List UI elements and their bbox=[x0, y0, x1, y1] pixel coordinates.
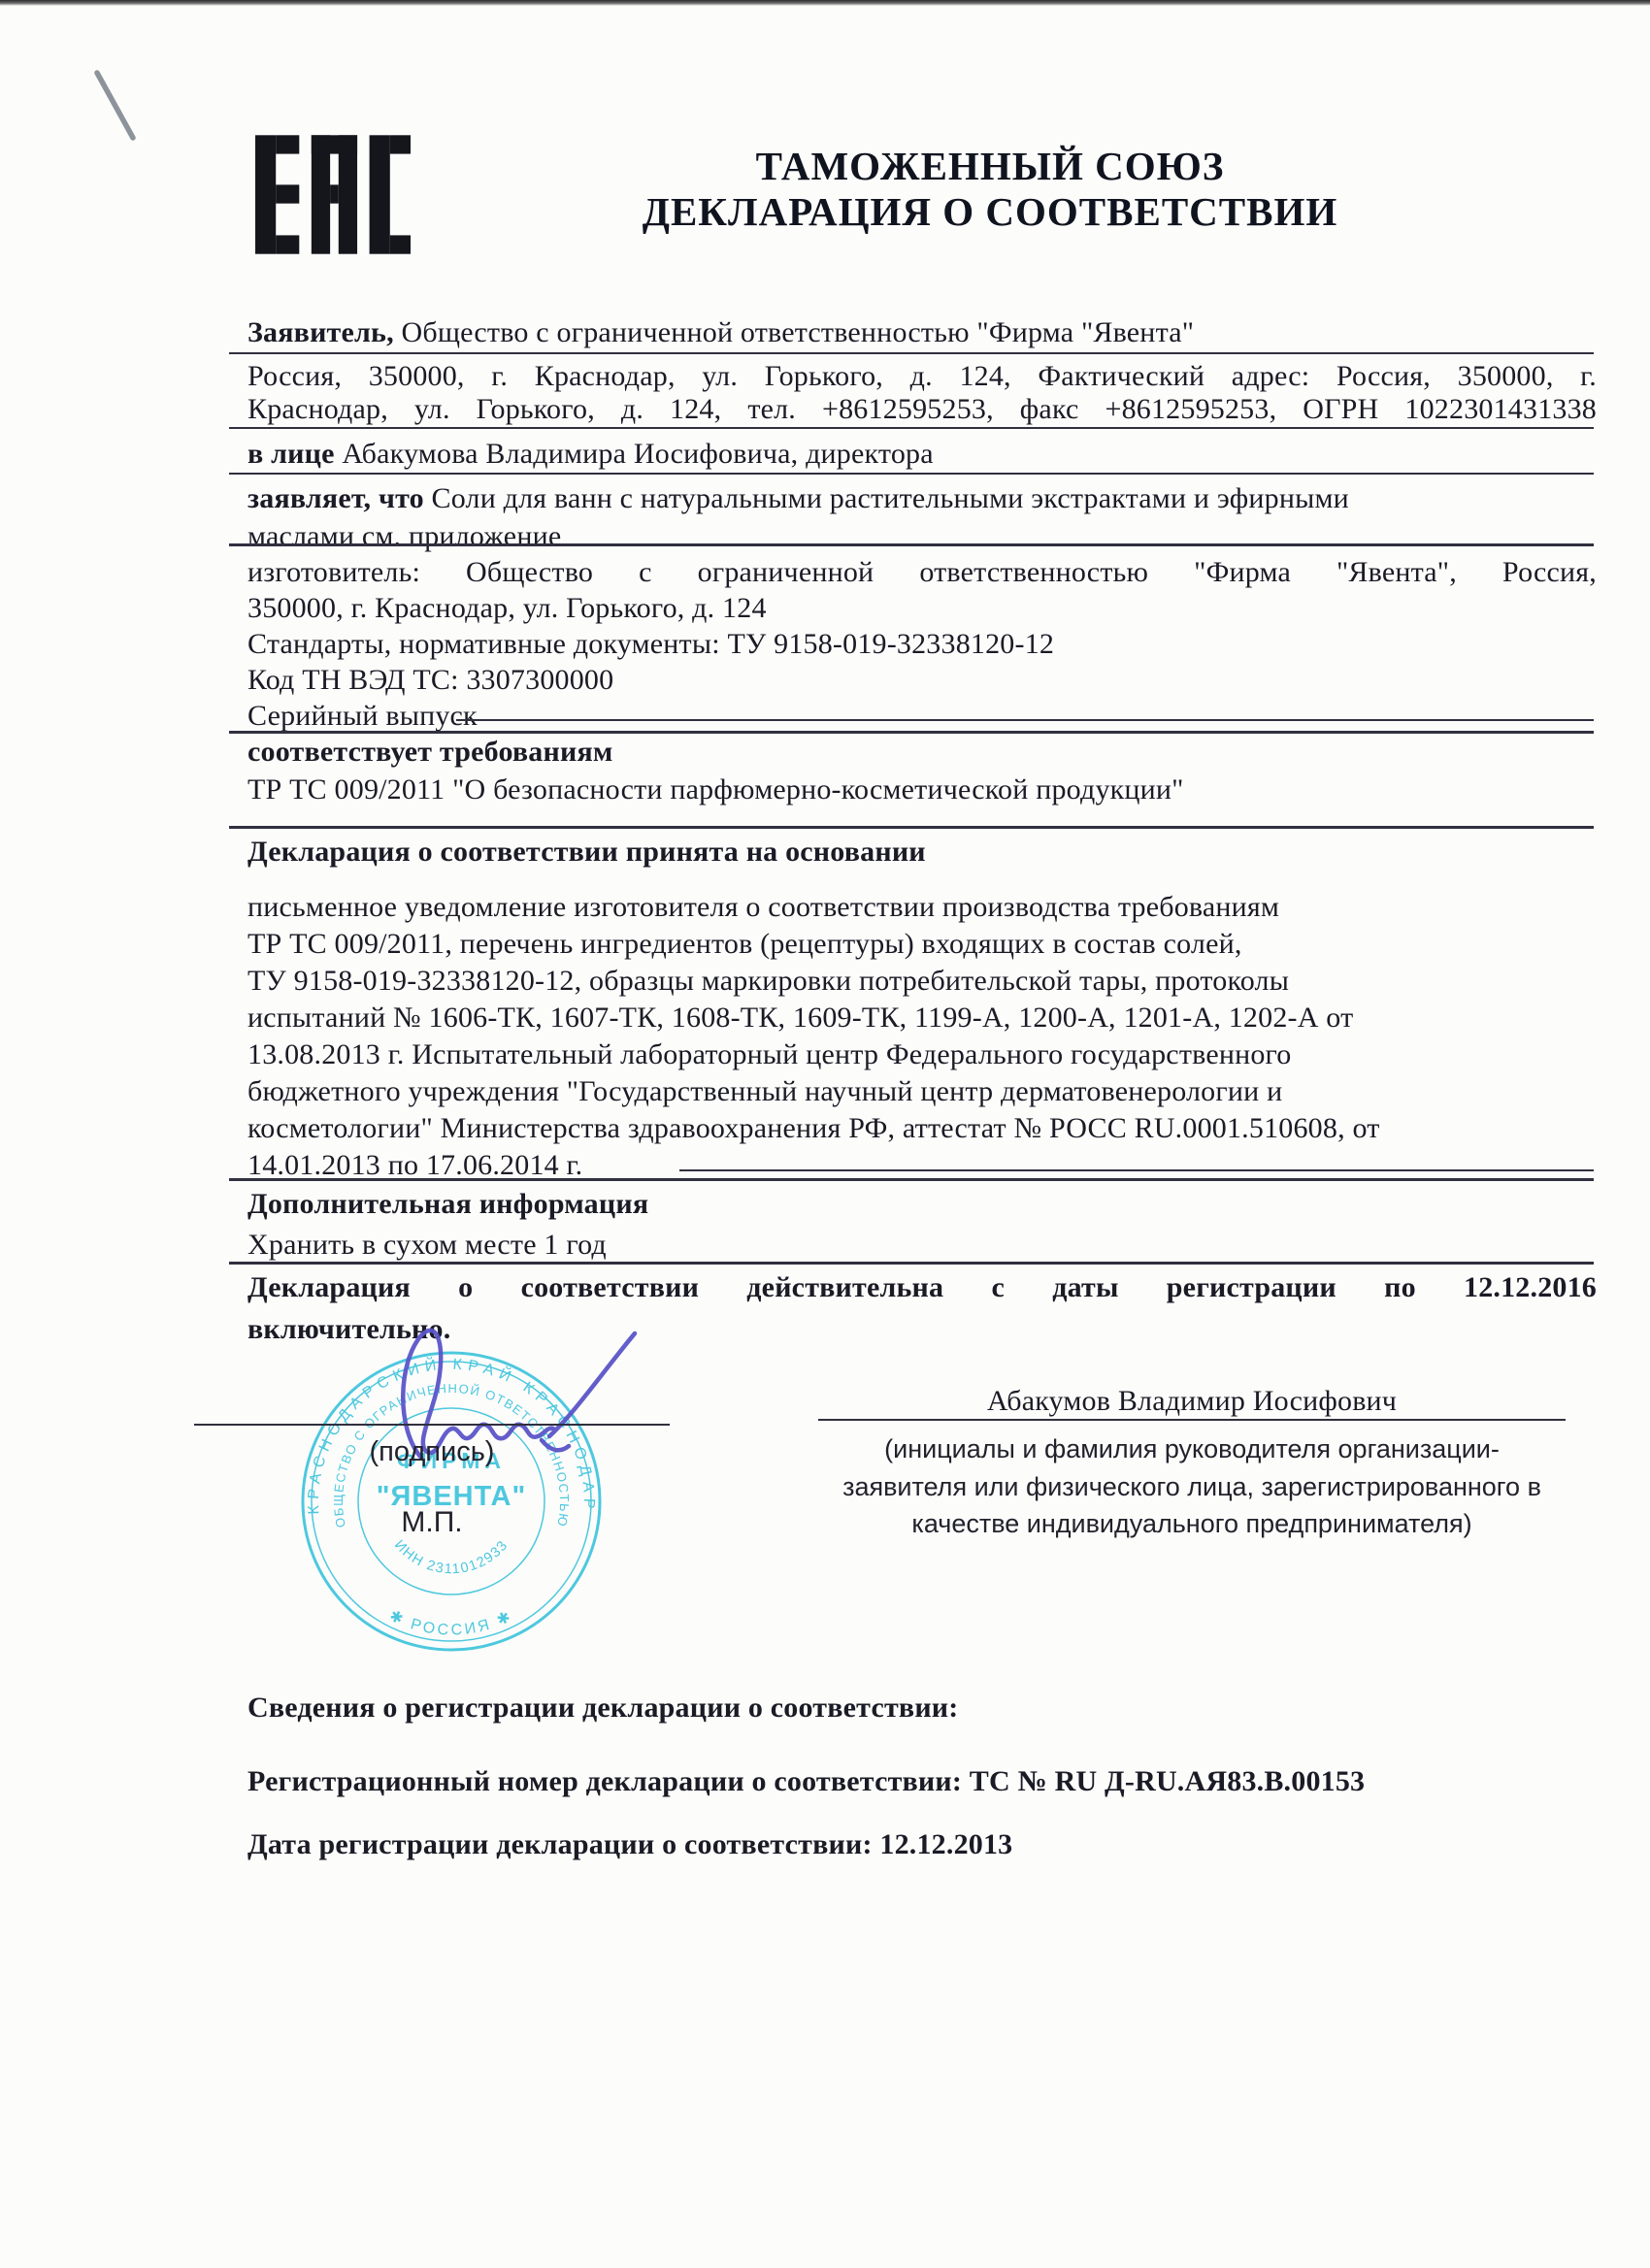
address-line-1: Россия, 350000, г. Краснодар, ул. Горько… bbox=[247, 360, 1597, 393]
declares-value: Соли для ванн с натуральными растительны… bbox=[432, 482, 1349, 514]
separator-line bbox=[229, 352, 1594, 354]
document-page: ТАМОЖЕННЫЙ СОЮЗ ДЕКЛАРАЦИЯ О СООТВЕТСТВИ… bbox=[0, 0, 1650, 2268]
applicant-value: Общество с ограниченной ответственностью… bbox=[402, 316, 1195, 348]
basis-line: косметологии" Министерства здравоохранен… bbox=[247, 1110, 1597, 1147]
signature-line bbox=[818, 1419, 1566, 1421]
pen-mark bbox=[85, 62, 148, 151]
head-caption-line-3: качестве индивидуального предпринимателя… bbox=[818, 1505, 1566, 1543]
stamp-inn-text: ИНН 2311012933 bbox=[391, 1537, 511, 1577]
underline-segment bbox=[679, 1169, 1594, 1171]
manufacturer-line-1: изготовитель: Общество с ограниченной от… bbox=[247, 554, 1597, 590]
conforms-value: ТР ТС 009/2011 "О безопасности парфюмерн… bbox=[247, 773, 1597, 806]
stamp-place-label: М.П. bbox=[194, 1504, 670, 1542]
declares-line-1: заявляет, что Соли для ванн с натуральны… bbox=[247, 479, 1597, 517]
basis-label: Декларация о соответствии принята на осн… bbox=[247, 836, 1597, 869]
registration-number-value: ТС № RU Д-RU.АЯ83.В.00153 bbox=[970, 1765, 1365, 1797]
sign-caption: (подпись) bbox=[194, 1433, 670, 1471]
basis-line: письменное уведомление изготовителя о со… bbox=[247, 889, 1597, 926]
registration-date-label: Дата регистрации декларации о соответств… bbox=[247, 1828, 873, 1860]
signature-line bbox=[194, 1424, 670, 1426]
additional-value: Хранить в сухом месте 1 год bbox=[247, 1229, 1597, 1262]
applicant-label: Заявитель, bbox=[247, 316, 394, 348]
declares-label: заявляет, что bbox=[247, 482, 424, 514]
registration-date-value: 12.12.2013 bbox=[879, 1828, 1012, 1860]
applicant-row: Заявитель, Общество с ограниченной ответ… bbox=[247, 316, 1597, 349]
basis-line: 13.08.2013 г. Испытательный лабораторный… bbox=[247, 1036, 1597, 1073]
registration-number-label: Регистрационный номер декларации о соотв… bbox=[247, 1765, 962, 1797]
serial-line: Серийный выпуск bbox=[247, 698, 1597, 734]
standards-line: Стандарты, нормативные документы: ТУ 915… bbox=[247, 626, 1597, 662]
head-caption-line-1: (инициалы и фамилия руководителя организ… bbox=[818, 1430, 1566, 1468]
head-name: Абакумов Владимир Иосифович bbox=[818, 1385, 1566, 1418]
separator-line bbox=[229, 826, 1594, 829]
registration-number-row: Регистрационный номер декларации о соотв… bbox=[247, 1765, 1597, 1798]
conforms-label: соответствует требованиям bbox=[247, 736, 1597, 769]
title-line-2: ДЕКЛАРАЦИЯ О СООТВЕТСТВИИ bbox=[544, 189, 1436, 235]
separator-line bbox=[229, 1262, 1594, 1265]
separator-line bbox=[229, 427, 1594, 429]
basis-line: ТР ТС 009/2011, перечень ингредиентов (р… bbox=[247, 926, 1597, 963]
scan-edge-artifact bbox=[0, 0, 1650, 6]
separator-line bbox=[229, 543, 1594, 546]
tnved-line: Код ТН ВЭД ТС: 3307300000 bbox=[247, 662, 1597, 698]
basis-line: бюджетного учреждения "Государственный н… bbox=[247, 1073, 1597, 1110]
separator-line bbox=[229, 731, 1594, 734]
address-block: Россия, 350000, г. Краснодар, ул. Горько… bbox=[247, 360, 1597, 426]
registration-date-row: Дата регистрации декларации о соответств… bbox=[247, 1828, 1597, 1861]
basis-line: ТУ 9158-019-32338120-12, образцы маркиро… bbox=[247, 963, 1597, 1000]
in-person-label: в лице bbox=[247, 438, 335, 470]
address-line-2: Краснодар, ул. Горького, д. 124, тел. +8… bbox=[247, 393, 1597, 426]
document-title: ТАМОЖЕННЫЙ СОЮЗ ДЕКЛАРАЦИЯ О СООТВЕТСТВИ… bbox=[544, 144, 1436, 235]
declares-line-2: маслами см. приложение bbox=[247, 517, 1597, 555]
registration-info-label: Сведения о регистрации декларации о соот… bbox=[247, 1692, 1597, 1725]
basis-line: испытаний № 1606-ТК, 1607-ТК, 1608-ТК, 1… bbox=[247, 1000, 1597, 1036]
separator-line bbox=[229, 473, 1594, 475]
validity-line-1: Декларация о соответствии действительна … bbox=[247, 1271, 1597, 1304]
basis-paragraph: письменное уведомление изготовителя о со… bbox=[247, 889, 1597, 1184]
additional-label: Дополнительная информация bbox=[247, 1188, 1597, 1221]
head-caption: (инициалы и фамилия руководителя организ… bbox=[818, 1430, 1566, 1543]
underline-segment bbox=[456, 719, 1594, 721]
in-person-value: Абакумова Владимира Иосифовича, директор… bbox=[342, 438, 933, 470]
in-person-row: в лице Абакумова Владимира Иосифовича, д… bbox=[247, 438, 1597, 471]
title-line-1: ТАМОЖЕННЫЙ СОЮЗ bbox=[544, 144, 1436, 189]
manufacturer-block: изготовитель: Общество с ограниченной от… bbox=[247, 554, 1597, 734]
manufacturer-line-2: 350000, г. Краснодар, ул. Горького, д. 1… bbox=[247, 590, 1597, 626]
eac-logo bbox=[255, 134, 411, 255]
head-caption-line-2: заявителя или физического лица, зарегист… bbox=[818, 1468, 1566, 1506]
separator-line bbox=[229, 1178, 1594, 1181]
